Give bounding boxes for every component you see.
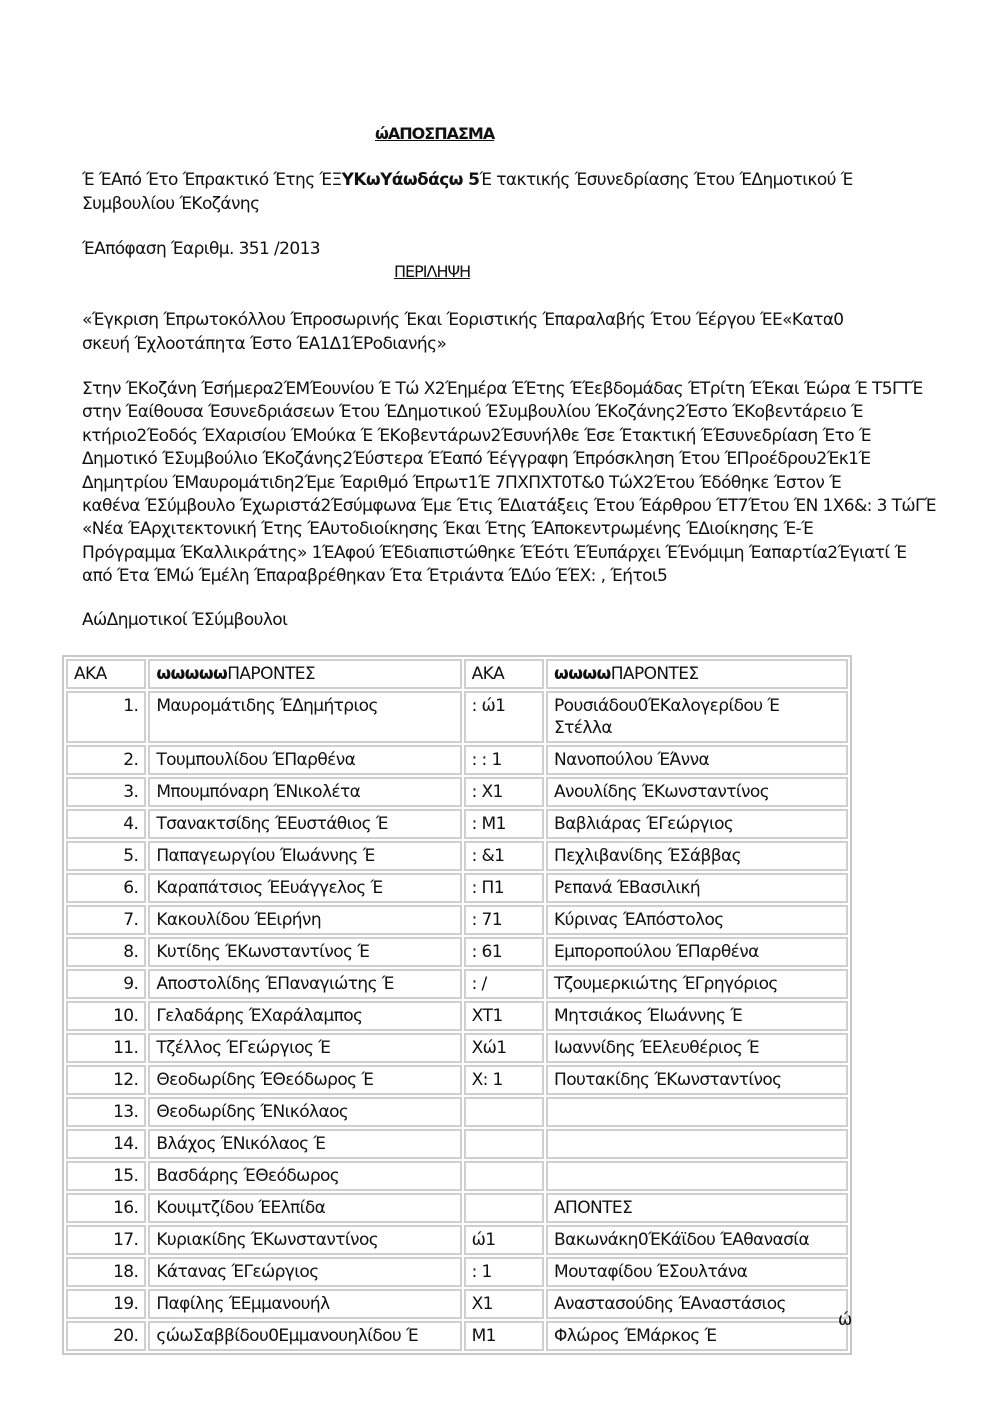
table-row: 3.Μπουμπόναρη ΈΝικολέτα: Χ1Ανουλίδης ΈΚω… xyxy=(66,777,848,807)
table-row: 2.Τουμπουλίδου ΈΠαρθένα: : 1Νανοπούλου Έ… xyxy=(66,745,848,775)
subject-line: σκευή Έχλοοτάπητα Έστο ΈΑ1Δ1ΈΡοδιανής» xyxy=(82,334,446,354)
member-name: ςώωΣαββίδου0Εμμανουηλίδου Έ xyxy=(148,1321,461,1351)
member-code: : : 1 xyxy=(464,745,544,775)
member-name: Αποστολίδης ΈΠαναγιώτης Έ xyxy=(148,969,461,999)
member-code: : ώ1 xyxy=(464,691,544,743)
table-header-row: ΑΚΑ ωωωωωΠΑΡΟΝΤΕΣ ΑΚΑ ωωωωΠΑΡΟΝΤΕΣ xyxy=(66,659,848,689)
body-line: «Νέα ΈΑρχιτεκτονική Έτης ΈΑυτοδιοίκησης … xyxy=(82,519,813,539)
table-row: 10.Γελαδάρης ΈΧαράλαμποςΧΤ1Μητσιάκος ΈΙω… xyxy=(66,1001,848,1031)
member-name-right: Βακωνάκη0ΈΚάϊδου ΈΑθανασία xyxy=(546,1225,848,1255)
member-name-right: Πεχλιβανίδης ΈΣάββας xyxy=(546,841,848,871)
member-name: Κυριακίδης ΈΚωνσταντίνος xyxy=(148,1225,461,1255)
member-code: : / xyxy=(464,969,544,999)
member-name: Τσανακτσίδης ΈΕυστάθιος Έ xyxy=(148,809,461,839)
row-number: 3. xyxy=(66,777,146,807)
page-footer-mark: ώ xyxy=(838,1310,852,1330)
row-number: 11. xyxy=(66,1033,146,1063)
table-row: 6.Καραπάτσιος ΈΕυάγγελος Έ: Π1Ρεπανά ΈΒα… xyxy=(66,873,848,903)
member-code: : 71 xyxy=(464,905,544,935)
row-number: 2. xyxy=(66,745,146,775)
header-present: ωωωωΠΑΡΟΝΤΕΣ xyxy=(546,659,848,689)
header-present: ωωωωωΠΑΡΟΝΤΕΣ xyxy=(148,659,461,689)
row-number: 14. xyxy=(66,1129,146,1159)
member-code: Μ1 xyxy=(464,1321,544,1351)
table-row: 14.Βλάχος ΈΝικόλαος Έ xyxy=(66,1129,848,1159)
row-number: 6. xyxy=(66,873,146,903)
member-name: Γελαδάρης ΈΧαράλαμπος xyxy=(148,1001,461,1031)
row-number: 5. xyxy=(66,841,146,871)
members-table: ΑΚΑ ωωωωωΠΑΡΟΝΤΕΣ ΑΚΑ ωωωωΠΑΡΟΝΤΕΣ 1.Μαυ… xyxy=(62,655,852,1355)
row-number: 4. xyxy=(66,809,146,839)
row-number: 10. xyxy=(66,1001,146,1031)
member-name-right: Εμποροπούλου ΈΠαρθένα xyxy=(546,937,848,967)
member-name-right: Μουταφίδου ΈΣουλτάνα xyxy=(546,1257,848,1287)
member-code: : 1 xyxy=(464,1257,544,1287)
table-row: 20.ςώωΣαββίδου0Εμμανουηλίδου ΈΜ1Φλώρος Έ… xyxy=(66,1321,848,1351)
member-name-right: Φλώρος ΈΜάρκος Έ xyxy=(546,1321,848,1351)
decision-number: ΈΑπόφαση Έαριθμ. 351 /2013 xyxy=(82,238,320,262)
table-row: 9.Αποστολίδης ΈΠαναγιώτης Έ: /Τζουμερκιώ… xyxy=(66,969,848,999)
member-name-right: Ρεπανά ΈΒασιλική xyxy=(546,873,848,903)
subject-line: «Έγκριση Έπρωτοκόλλου Έπροσωρινής Έκαι Έ… xyxy=(82,310,844,330)
member-code: : Μ1 xyxy=(464,809,544,839)
document-title: ώΑΠΟΣΠΑΣΜΑ xyxy=(375,124,494,143)
body-line: καθένα ΈΣύμβουλο Έχωριστά2Έσύμφωνα Έμε Έ… xyxy=(82,496,936,516)
member-name-right: Ανουλίδης ΈΚωνσταντίνος xyxy=(546,777,848,807)
table-row: 1.Μαυρομάτιδης ΈΔημήτριος: ώ1Ρουσιάδου0Έ… xyxy=(66,691,848,743)
row-number: 17. xyxy=(66,1225,146,1255)
member-code: Χ: 1 xyxy=(464,1065,544,1095)
table-row: 8.Κυτίδης ΈΚωνσταντίνος Έ: 61Εμποροπούλο… xyxy=(66,937,848,967)
member-name-right: Μητσιάκος ΈΙωάννης Έ xyxy=(546,1001,848,1031)
row-number: 1. xyxy=(66,691,146,743)
body-line: στην Έαίθουσα Έσυνεδριάσεων Έτου ΈΔημοτι… xyxy=(82,402,863,422)
subject-paragraph: «Έγκριση Έπρωτοκόλλου Έπροσωρινής Έκαι Έ… xyxy=(82,309,844,356)
intro-line1-a: Έ ΈΑπό Έτο Έπρακτικό Έτης ΈΞ xyxy=(82,170,342,190)
body-line: Πρόγραμμα ΈΚαλλικράτης» 1ΈΑφού ΈΈδιαπιστ… xyxy=(82,543,906,563)
table-row: 5.Παπαγεωργίου ΈΙωάννης Έ: &1Πεχλιβανίδη… xyxy=(66,841,848,871)
row-number: 18. xyxy=(66,1257,146,1287)
member-name: Κακουλίδου ΈΕιρήνη xyxy=(148,905,461,935)
member-name: Παφίλης ΈΕμμανουήλ xyxy=(148,1289,461,1319)
member-code xyxy=(464,1161,544,1191)
member-code: ώ1 xyxy=(464,1225,544,1255)
member-name: Κυτίδης ΈΚωνσταντίνος Έ xyxy=(148,937,461,967)
member-name-right: Ιωαννίδης ΈΕλευθέριος Έ xyxy=(546,1033,848,1063)
member-name-right: Αναστασούδης ΈΑναστάσιος xyxy=(546,1289,848,1319)
member-code xyxy=(464,1097,544,1127)
body-line: κτήριο2Έοδός ΈΧαρισίου ΈΜούκα Έ ΈΚοβεντά… xyxy=(82,426,871,446)
table-row: 11.Τζέλλος ΈΓεώργιος ΈΧώ1Ιωαννίδης ΈΕλευ… xyxy=(66,1033,848,1063)
table-row: 17.Κυριακίδης ΈΚωνσταντίνοςώ1Βακωνάκη0ΈΚ… xyxy=(66,1225,848,1255)
header-code: ΑΚΑ xyxy=(66,659,146,689)
members-heading: ΑώΔημοτικοί ΈΣύμβουλοι xyxy=(82,609,287,633)
member-code: ΧΤ1 xyxy=(464,1001,544,1031)
body-line: Στην ΈΚοζάνη Έσήμερα2ΈΜΈουνίου Έ Τώ Χ2Έη… xyxy=(82,379,923,399)
row-number: 8. xyxy=(66,937,146,967)
row-number: 20. xyxy=(66,1321,146,1351)
table-row: 12.Θεοδωρίδης ΈΘεόδωρος ΈΧ: 1Πουτακίδης … xyxy=(66,1065,848,1095)
member-name: Βασδάρης ΈΘεόδωρος xyxy=(148,1161,461,1191)
member-code: : Χ1 xyxy=(464,777,544,807)
body-line: από Έτα ΈΜώ Έμέλη Έπαραβρέθηκαν Έτα Έτρι… xyxy=(82,566,667,586)
row-number: 12. xyxy=(66,1065,146,1095)
member-name-right: Κύρινας ΈΑπόστολος xyxy=(546,905,848,935)
member-code: Χ1 xyxy=(464,1289,544,1319)
row-number: 16. xyxy=(66,1193,146,1223)
member-name: Παπαγεωργίου ΈΙωάννης Έ xyxy=(148,841,461,871)
member-name-right: Τζουμερκιώτης ΈΓρηγόριος xyxy=(546,969,848,999)
member-name-right xyxy=(546,1097,848,1127)
row-number: 15. xyxy=(66,1161,146,1191)
member-code: : Π1 xyxy=(464,873,544,903)
summary-heading: ΠΕΡΙΛΗΨΗ xyxy=(394,262,470,281)
table-row: 7.Κακουλίδου ΈΕιρήνη: 71Κύρινας ΈΑπόστολ… xyxy=(66,905,848,935)
table-row: 13.Θεοδωρίδης ΈΝικόλαος xyxy=(66,1097,848,1127)
member-name: Κουιμτζίδου ΈΕλπίδα xyxy=(148,1193,461,1223)
member-name-right: Πουτακίδης ΈΚωνσταντίνος xyxy=(546,1065,848,1095)
member-name: Μαυρομάτιδης ΈΔημήτριος xyxy=(148,691,461,743)
row-number: 19. xyxy=(66,1289,146,1319)
body-line: Δημοτικό ΈΣυμβούλιο ΈΚοζάνης2Έύστερα ΈΈα… xyxy=(82,449,870,469)
table-row: 18.Κάτανας ΈΓεώργιος: 1Μουταφίδου ΈΣουλτ… xyxy=(66,1257,848,1287)
intro-line2: Συμβουλίου ΈΚοζάνης xyxy=(82,194,259,214)
table-row: 19.Παφίλης ΈΕμμανουήλΧ1Αναστασούδης ΈΑνα… xyxy=(66,1289,848,1319)
table-row: 16.Κουιμτζίδου ΈΕλπίδαΑΠΟΝΤΕΣ xyxy=(66,1193,848,1223)
intro-paragraph: Έ ΈΑπό Έτο Έπρακτικό Έτης ΈΞΥΚωΥάωδάςω 5… xyxy=(82,169,853,216)
member-name-right: Βαβλιάρας ΈΓεώργιος xyxy=(546,809,848,839)
member-name: Μπουμπόναρη ΈΝικολέτα xyxy=(148,777,461,807)
member-name-right: ΑΠΟΝΤΕΣ xyxy=(546,1193,848,1223)
table-row: 15.Βασδάρης ΈΘεόδωρος xyxy=(66,1161,848,1191)
member-name-right xyxy=(546,1129,848,1159)
header-code: ΑΚΑ xyxy=(464,659,544,689)
body-line: Δημητρίου ΈΜαυρομάτιδη2Έμε Έαριθμό Έπρωτ… xyxy=(82,473,841,493)
member-name: Τουμπουλίδου ΈΠαρθένα xyxy=(148,745,461,775)
table-row: 4.Τσανακτσίδης ΈΕυστάθιος Έ: Μ1Βαβλιάρας… xyxy=(66,809,848,839)
member-name-right xyxy=(546,1161,848,1191)
member-name: Καραπάτσιος ΈΕυάγγελος Έ xyxy=(148,873,461,903)
member-name-right: Ρουσιάδου0ΈΚαλογερίδου Έ Στέλλα xyxy=(546,691,848,743)
member-code: Χώ1 xyxy=(464,1033,544,1063)
member-name: Βλάχος ΈΝικόλαος Έ xyxy=(148,1129,461,1159)
member-code xyxy=(464,1129,544,1159)
intro-line1-b: Έ τακτικής Έσυνεδρίασης Έτου ΈΔημοτικού … xyxy=(479,170,852,190)
row-number: 9. xyxy=(66,969,146,999)
document-page: ώΑΠΟΣΠΑΣΜΑ Έ ΈΑπό Έτο Έπρακτικό Έτης ΈΞΥ… xyxy=(0,0,1000,1415)
member-name: Θεοδωρίδης ΈΘεόδωρος Έ xyxy=(148,1065,461,1095)
body-paragraph: Στην ΈΚοζάνη Έσήμερα2ΈΜΈουνίου Έ Τώ Χ2Έη… xyxy=(82,378,936,589)
member-name: Κάτανας ΈΓεώργιος xyxy=(148,1257,461,1287)
row-number: 13. xyxy=(66,1097,146,1127)
member-code xyxy=(464,1193,544,1223)
member-name: Θεοδωρίδης ΈΝικόλαος xyxy=(148,1097,461,1127)
intro-line1-bold: ΥΚωΥάωδάςω 5 xyxy=(342,170,480,190)
member-name: Τζέλλος ΈΓεώργιος Έ xyxy=(148,1033,461,1063)
member-name-right: Νανοπούλου ΈΆννα xyxy=(546,745,848,775)
row-number: 7. xyxy=(66,905,146,935)
member-code: : 61 xyxy=(464,937,544,967)
member-code: : &1 xyxy=(464,841,544,871)
